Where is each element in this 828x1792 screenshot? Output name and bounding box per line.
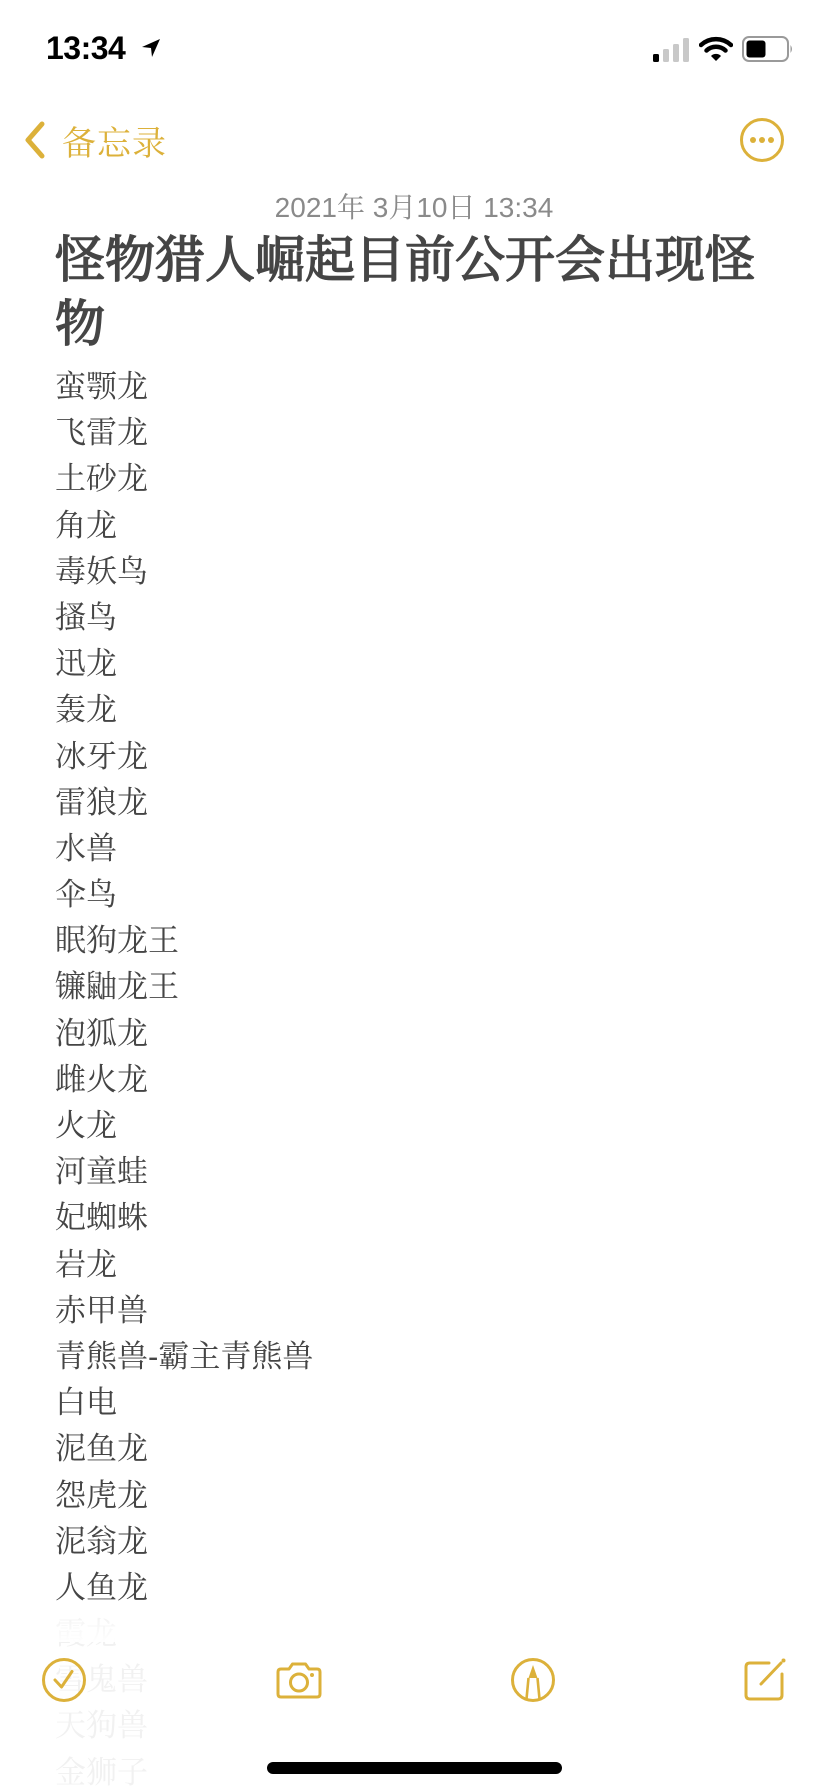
list-item: 泥鱼龙: [55, 1426, 775, 1472]
battery-icon: [742, 36, 794, 62]
list-item: 岩龙: [55, 1242, 775, 1288]
pen-tip-circle-icon[interactable]: [507, 1654, 559, 1706]
cellular-signal-icon: [653, 38, 691, 62]
camera-icon[interactable]: [273, 1654, 325, 1706]
list-item: 眠狗龙王: [55, 918, 775, 964]
list-item: 土砂龙: [55, 456, 775, 502]
list-item: 雌火龙: [55, 1057, 775, 1103]
list-item: 蛮颚龙: [55, 364, 775, 410]
list-item: 赤甲兽: [55, 1288, 775, 1334]
status-time: 13:34: [46, 30, 125, 67]
back-button[interactable]: 备忘录: [22, 116, 167, 164]
list-item: 飞雷龙: [55, 410, 775, 456]
list-item: 人鱼龙: [55, 1565, 775, 1611]
chevron-left-icon: [22, 120, 48, 160]
list-item: 泥翁龙: [55, 1519, 775, 1565]
compose-icon[interactable]: [739, 1654, 791, 1706]
list-item: 角龙: [55, 503, 775, 549]
list-item: 冰牙龙: [55, 734, 775, 780]
note-body[interactable]: 蛮颚龙 飞雷龙 土砂龙 角龙 毒妖鸟 搔鸟 迅龙 轰龙 冰牙龙 雷狼龙 水兽 伞…: [55, 364, 775, 1792]
note-title[interactable]: 怪物猎人崛起目前公开会出现怪物: [55, 228, 775, 356]
list-item: 镰鼬龙王: [55, 964, 775, 1010]
list-item: 搔鸟: [55, 595, 775, 641]
checkmark-circle-icon[interactable]: [38, 1654, 90, 1706]
list-item: 迅龙: [55, 641, 775, 687]
location-arrow-icon: [140, 37, 162, 59]
list-item: 天狗兽: [55, 1703, 775, 1749]
list-item: 火龙: [55, 1103, 775, 1149]
note-date: 2021年 3月10日 13:34: [0, 186, 828, 226]
ellipsis-circle-icon[interactable]: [739, 117, 785, 163]
wifi-icon: [699, 36, 733, 62]
bottom-toolbar: [0, 1650, 828, 1710]
toolbar-fade: [0, 1612, 828, 1642]
nav-bar: 备忘录: [0, 100, 828, 180]
back-label: 备忘录: [62, 116, 167, 165]
list-item: 妃蜘蛛: [55, 1195, 775, 1241]
list-item: 青熊兽-霸主青熊兽: [55, 1334, 775, 1380]
list-item: 泡狐龙: [55, 1011, 775, 1057]
status-bar: 13:34: [0, 0, 828, 90]
list-item: 白电: [55, 1380, 775, 1426]
list-item: 水兽: [55, 826, 775, 872]
home-indicator[interactable]: [267, 1762, 562, 1774]
list-item: 伞鸟: [55, 872, 775, 918]
list-item: 毒妖鸟: [55, 549, 775, 595]
list-item: 轰龙: [55, 687, 775, 733]
list-item: 河童蛙: [55, 1149, 775, 1195]
list-item: 怨虎龙: [55, 1473, 775, 1519]
list-item: 雷狼龙: [55, 780, 775, 826]
